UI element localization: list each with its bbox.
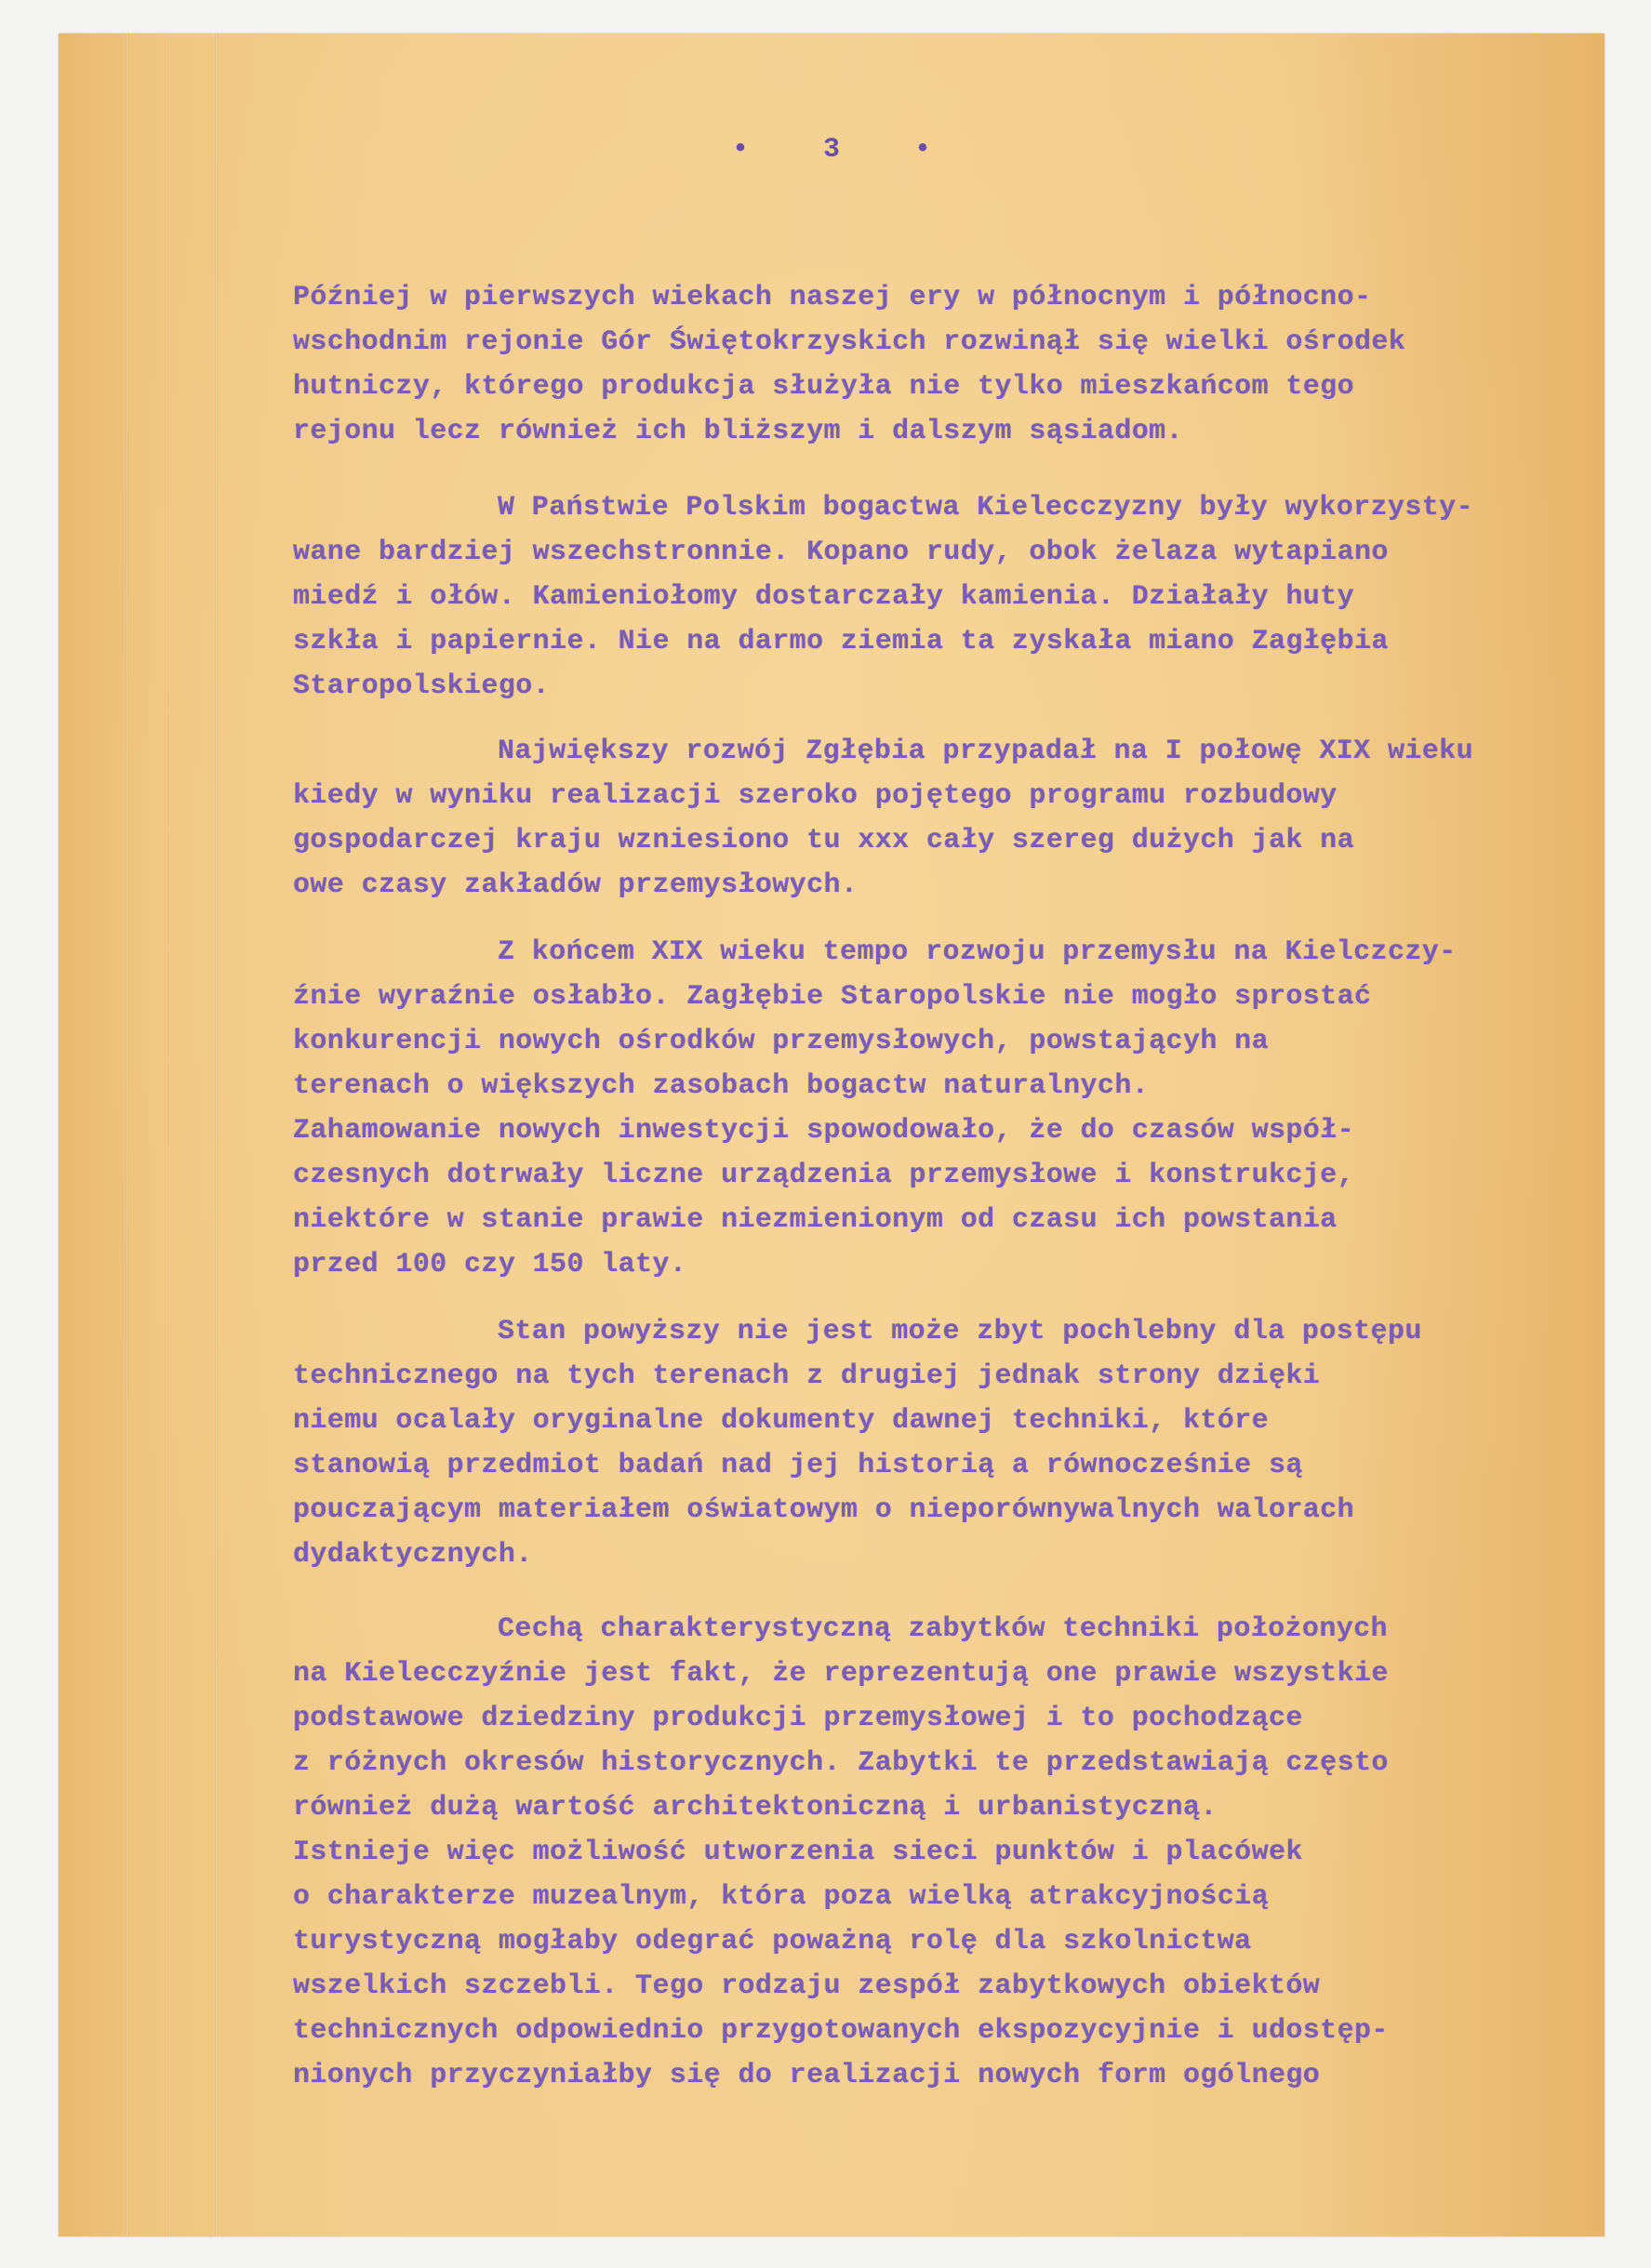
text-line: szkła i papiernie. Nie na darmo ziemia t…: [293, 619, 1389, 664]
text-line: Największy rozwój Zgłębia przypadał na I…: [498, 729, 1473, 774]
text-line: Istnieje więc możliwość utworzenia sieci…: [293, 1830, 1303, 1875]
text-line: na Kielecczyźnie jest fakt, że reprezent…: [293, 1651, 1389, 1696]
text-line: pouczającym materiałem oświatowym o niep…: [293, 1488, 1354, 1532]
text-line: rejonu lecz również ich bliższym i dalsz…: [293, 409, 1183, 454]
text-line: Stan powyższy nie jest może zbyt pochleb…: [498, 1309, 1422, 1354]
page-number-value: 3: [823, 134, 840, 166]
text-line: konkurencji nowych ośrodków przemysłowyc…: [293, 1019, 1269, 1064]
typewritten-page: •3• Później w pierwszych wiekach naszej …: [59, 33, 1604, 2236]
text-line: kiedy w wyniku realizacji szeroko pojęte…: [293, 774, 1338, 818]
page-number-dot-left: •: [732, 134, 749, 166]
page-number: •3•: [59, 134, 1604, 166]
text-line: dydaktycznych.: [293, 1532, 533, 1577]
text-line: miedź i ołów. Kamieniołomy dostarczały k…: [293, 575, 1354, 619]
text-line: wszelkich szczebli. Tego rodzaju zespół …: [293, 1964, 1320, 2009]
paper-crease: [168, 33, 171, 2236]
text-line: nionych przyczyniałby się do realizacji …: [293, 2053, 1320, 2098]
text-line: Z końcem XIX wieku tempo rozwoju przemys…: [498, 930, 1457, 975]
text-line: turystyczną mogłaby odegrać poważną rolę…: [293, 1919, 1252, 1964]
text-line: przed 100 czy 150 laty.: [293, 1242, 686, 1287]
text-line: czesnych dotrwały liczne urządzenia prze…: [293, 1153, 1354, 1198]
text-line: wschodnim rejonie Gór Świętokrzyskich ro…: [293, 320, 1405, 365]
text-line: Zahamowanie nowych inwestycji spowodował…: [293, 1108, 1354, 1153]
text-line: technicznego na tych terenach z drugiej …: [293, 1354, 1320, 1399]
text-line: niemu ocalały oryginalne dokumenty dawne…: [293, 1399, 1269, 1443]
text-line: hutniczy, którego produkcja służyła nie …: [293, 365, 1354, 409]
text-line: Później w pierwszych wiekach naszej ery …: [293, 275, 1371, 320]
text-line: wane bardziej wszechstronnie. Kopano rud…: [293, 530, 1389, 575]
text-line: terenach o większych zasobach bogactw na…: [293, 1064, 1149, 1108]
text-line: podstawowe dziedziny produkcji przemysło…: [293, 1696, 1303, 1741]
text-line: niektóre w stanie prawie niezmienionym o…: [293, 1198, 1338, 1242]
text-line: Staropolskiego.: [293, 664, 550, 709]
page-number-dot-right: •: [914, 134, 931, 166]
text-line: źnie wyraźnie osłabło. Zagłębie Staropol…: [293, 975, 1371, 1019]
text-line: o charakterze muzealnym, która poza wiel…: [293, 1875, 1269, 1919]
text-line: gospodarczej kraju wzniesiono tu xxx cał…: [293, 818, 1354, 863]
text-line: technicznych odpowiednio przygotowanych …: [293, 2009, 1389, 2053]
text-line: owe czasy zakładów przemysłowych.: [293, 863, 858, 908]
text-line: Cechą charakterystyczną zabytków technik…: [498, 1607, 1388, 1651]
text-line: stanowią przedmiot badań nad jej histori…: [293, 1443, 1303, 1488]
text-line: z różnych okresów historycznych. Zabytki…: [293, 1741, 1389, 1785]
text-line: W Państwie Polskim bogactwa Kielecczyzny…: [498, 485, 1473, 530]
paper-crease: [215, 33, 218, 2236]
text-line: również dużą wartość architektoniczną i …: [293, 1785, 1218, 1830]
paper-crease: [126, 33, 128, 2236]
